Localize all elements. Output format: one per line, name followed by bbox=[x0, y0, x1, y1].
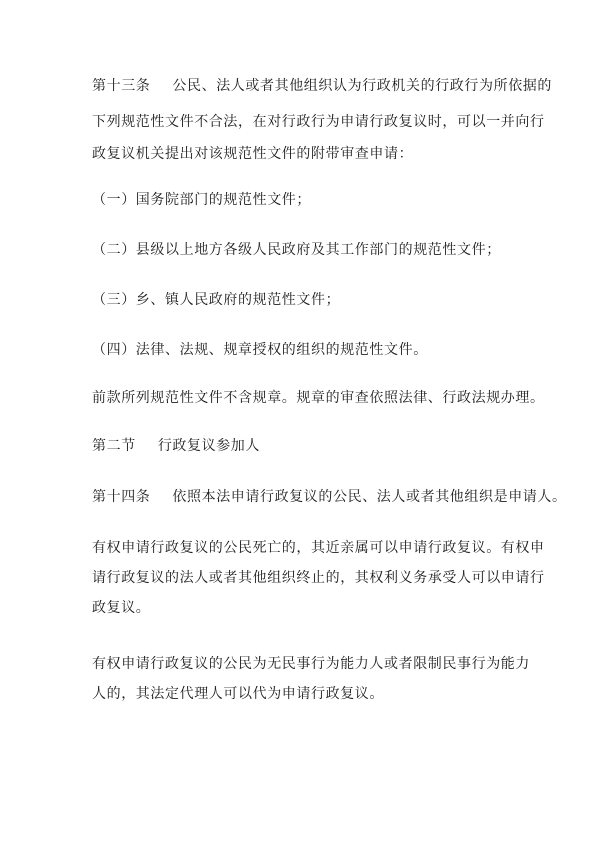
article-13-item-4: （四）法律、法规、规章授权的组织的规范性文件。 bbox=[92, 342, 428, 358]
section-2-heading: 第二节 bbox=[92, 438, 136, 454]
article-14-heading: 第十四条 bbox=[92, 489, 150, 505]
section-2-title: 行政复议参加人 bbox=[158, 438, 260, 454]
article-13-item-3: （三）乡、镇人民政府的规范性文件； bbox=[92, 292, 340, 308]
article-14-text: 依照本法申请行政复议的公民、法人或者其他组织是申请人。 bbox=[172, 489, 566, 505]
article-13-text-line-1: 公民、法人或者其他组织认为行政机关的行政行为所依据的 bbox=[172, 78, 552, 94]
section-2-heading-line: 第二节行政复议参加人 bbox=[92, 438, 260, 454]
article-14-para3-line-1: 有权申请行政复议的公民为无民事行为能力人或者限制民事行为能力 bbox=[92, 656, 530, 672]
document-page: 第十三条公民、法人或者其他组织认为行政机关的行政行为所依据的 下列规范性文件不合… bbox=[0, 0, 600, 848]
article-14-first-line: 第十四条依照本法申请行政复议的公民、法人或者其他组织是申请人。 bbox=[92, 489, 567, 505]
article-14-para2-line-3: 政复议。 bbox=[92, 600, 150, 616]
article-14-para2-line-1: 有权申请行政复议的公民死亡的，其近亲属可以申请行政复议。有权申 bbox=[92, 540, 545, 556]
article-14-para2-line-2: 请行政复议的法人或者其他组织终止的，其权利义务承受人可以申请行 bbox=[92, 570, 545, 586]
article-13-item-2: （二）县级以上地方各级人民政府及其工作部门的规范性文件； bbox=[92, 242, 501, 258]
article-13-text-line-3: 政复议机关提出对该规范性文件的附带审查申请： bbox=[92, 146, 413, 162]
article-13-heading: 第十三条 bbox=[92, 78, 150, 94]
article-13-text-line-2: 下列规范性文件不合法，在对行政行为申请行政复议时，可以一并向行 bbox=[92, 114, 545, 130]
article-13-item-1: （一）国务院部门的规范性文件； bbox=[92, 192, 311, 208]
article-13-first-line: 第十三条公民、法人或者其他组织认为行政机关的行政行为所依据的 bbox=[92, 78, 552, 94]
article-13-note: 前款所列规范性文件不含规章。规章的审查依照法律、行政法规办理。 bbox=[92, 390, 545, 406]
article-14-para3-line-2: 人的，其法定代理人可以代为申请行政复议。 bbox=[92, 686, 384, 702]
